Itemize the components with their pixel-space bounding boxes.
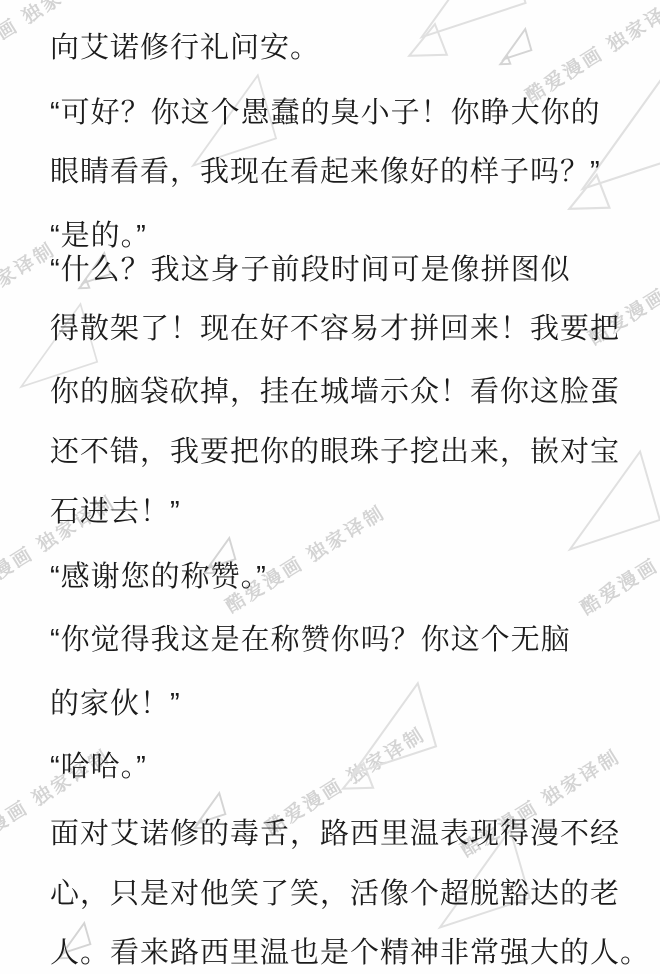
text-line: 的家伙！” [50, 686, 181, 723]
text-line: 你的脑袋砍掉，挂在城墙示众！看你这脸蛋 [50, 374, 620, 411]
text-line: 眼睛看看，我现在看起来像好的样子吗？” [50, 154, 601, 191]
text-line: 石进去！” [50, 494, 181, 531]
text-line: 还不错，我要把你的眼珠子挖出来，嵌对宝 [50, 434, 620, 471]
text-line: 得散架了！现在好不容易才拼回来！我要把 [50, 311, 620, 348]
text-line: 向艾诺修行礼问安。 [50, 30, 320, 67]
page: 酷爱漫画 独家译制 酷爱漫画 独家译制 酷爱漫画 独家译制 酷爱漫画 独家译制 … [0, 0, 660, 974]
text-line: “什么？我这身子前段时间可是像拼图似 [50, 252, 571, 289]
text-line: 人。看来路西里温也是个精神非常强大的人。 [50, 935, 650, 972]
novel-text: 向艾诺修行礼问安。 “可好？你这个愚蠢的臭小子！你睁大你的 眼睛看看，我现在看起… [0, 0, 660, 974]
text-line: 心，只是对他笑了笑，活像个超脱豁达的老 [50, 876, 620, 913]
text-line: “可好？你这个愚蠢的臭小子！你睁大你的 [50, 95, 601, 132]
text-line: “你觉得我这是在称赞你吗？你这个无脑 [50, 622, 571, 659]
text-line: 面对艾诺修的毒舌，路西里温表现得漫不经 [50, 816, 620, 853]
text-line: “哈哈。” [50, 749, 147, 786]
text-line: “是的。” [50, 218, 147, 255]
text-line: “感谢您的称赞。” [50, 559, 267, 596]
